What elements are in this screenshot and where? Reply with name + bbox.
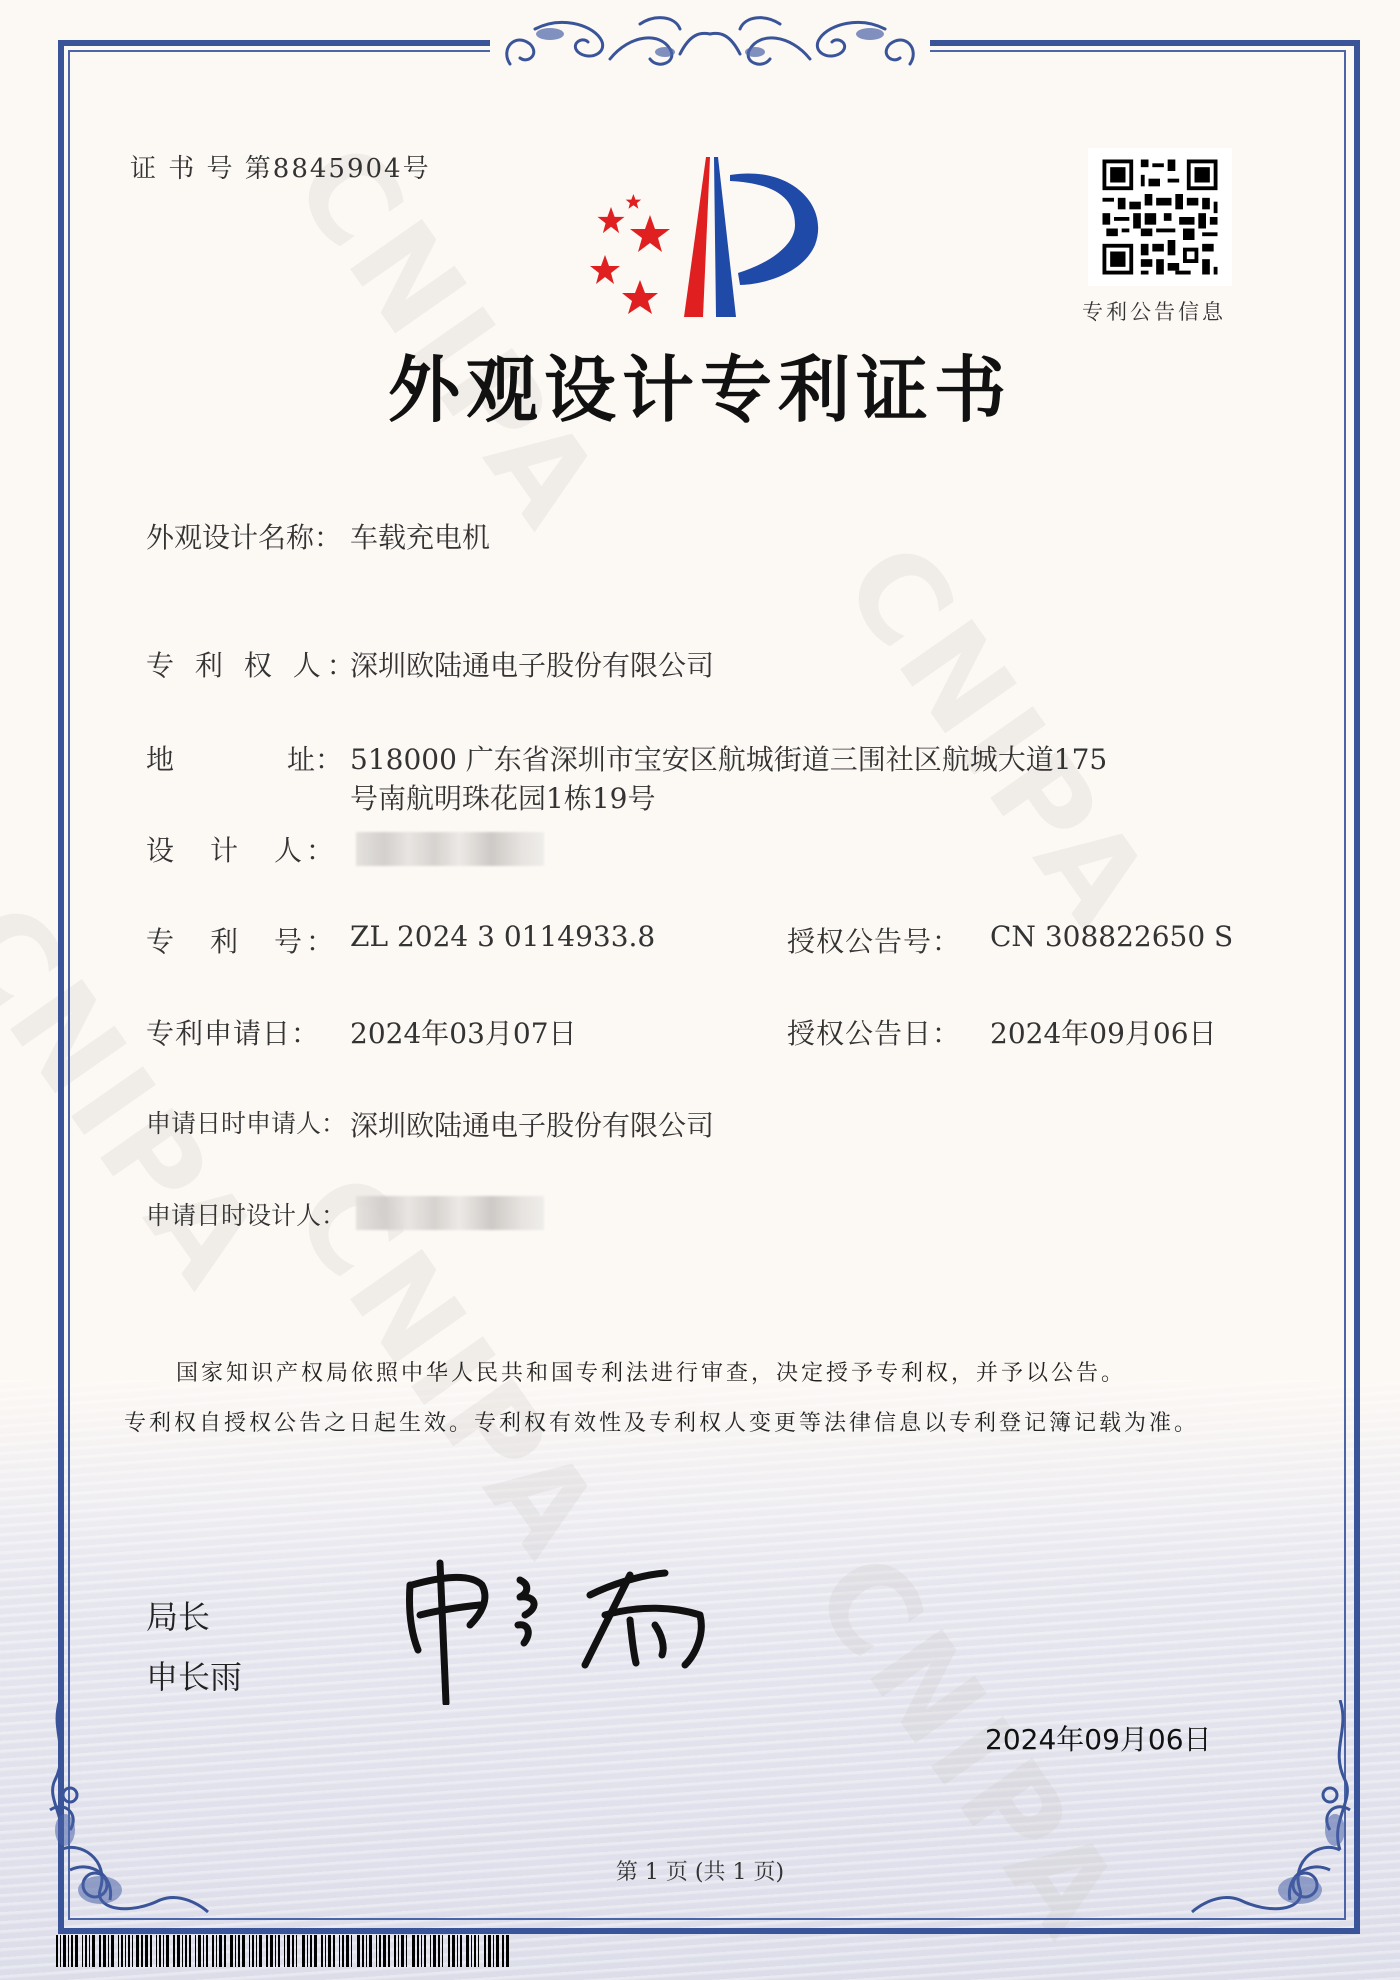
signer-title: 局长: [146, 1592, 210, 1638]
field-label-designer: 设 计 人：: [146, 829, 338, 869]
field-label-patentee: 专 利 权 人：: [146, 644, 361, 684]
field-label-grant-pub-date: 授权公告日：: [787, 1012, 961, 1052]
qr-caption: 专利公告信息: [1082, 296, 1226, 326]
page-indicator: 第 1 页 (共 1 页): [0, 1855, 1400, 1886]
field-label-design-name: 外观设计名称：: [146, 516, 342, 556]
field-label-applicant-at-filing: 申请日时申请人：: [146, 1104, 346, 1140]
statement-line-2: 专利权自授权公告之日起生效。专利权有效性及专利权人变更等法律信息以专利登记簿记载…: [124, 1406, 1199, 1437]
handwritten-signature-icon: [400, 1555, 730, 1705]
field-value-address-line1: 518000 广东省深圳市宝安区航城街道三围社区航城大道175: [350, 738, 1107, 778]
qr-code-icon: [1088, 148, 1232, 286]
sign-date: 2024年09月06日: [985, 1718, 1212, 1758]
field-label-filing-date: 专利申请日：: [146, 1012, 320, 1052]
bottom-right-ornament-icon: [1190, 1700, 1360, 1930]
field-label-patent-number: 专 利 号：: [146, 920, 338, 960]
field-label-grant-pub-number: 授权公告号：: [787, 920, 961, 960]
redacted-designer-at-filing: [356, 1196, 544, 1230]
bottom-left-ornament-icon: [40, 1700, 210, 1930]
top-ornament-icon: [490, 4, 930, 82]
statement-line-1: 国家知识产权局依照中华人民共和国专利法进行审查，决定授予专利权，并予以公告。: [176, 1356, 1126, 1387]
field-value-applicant-at-filing: 深圳欧陆通电子股份有限公司: [350, 1104, 714, 1144]
field-value-grant-pub-number: CN 308822650 S: [990, 920, 1233, 953]
cnipa-logo-icon: [590, 145, 830, 325]
page-title: 外观设计专利证书: [0, 332, 1400, 436]
field-label-address-right: 址：: [287, 738, 343, 778]
field-value-patentee: 深圳欧陆通电子股份有限公司: [350, 644, 714, 684]
certificate-number: 证 书 号 第8845904号: [130, 148, 431, 185]
qr-code[interactable]: [1088, 148, 1232, 286]
field-value-design-name: 车载充电机: [350, 516, 490, 556]
barcode-icon: [56, 1935, 512, 1967]
field-value-grant-pub-date: 2024年09月06日: [990, 1012, 1217, 1052]
redacted-designer: [356, 832, 544, 866]
signer-name: 申长雨: [146, 1652, 242, 1698]
field-label-address-left: 地: [146, 738, 174, 778]
field-value-patent-number: ZL 2024 3 0114933.8: [350, 920, 655, 953]
field-label-designer-at-filing: 申请日时设计人：: [146, 1196, 346, 1232]
field-value-address-line2: 号南航明珠花园1栋19号: [350, 777, 655, 817]
field-value-filing-date: 2024年03月07日: [350, 1012, 577, 1052]
